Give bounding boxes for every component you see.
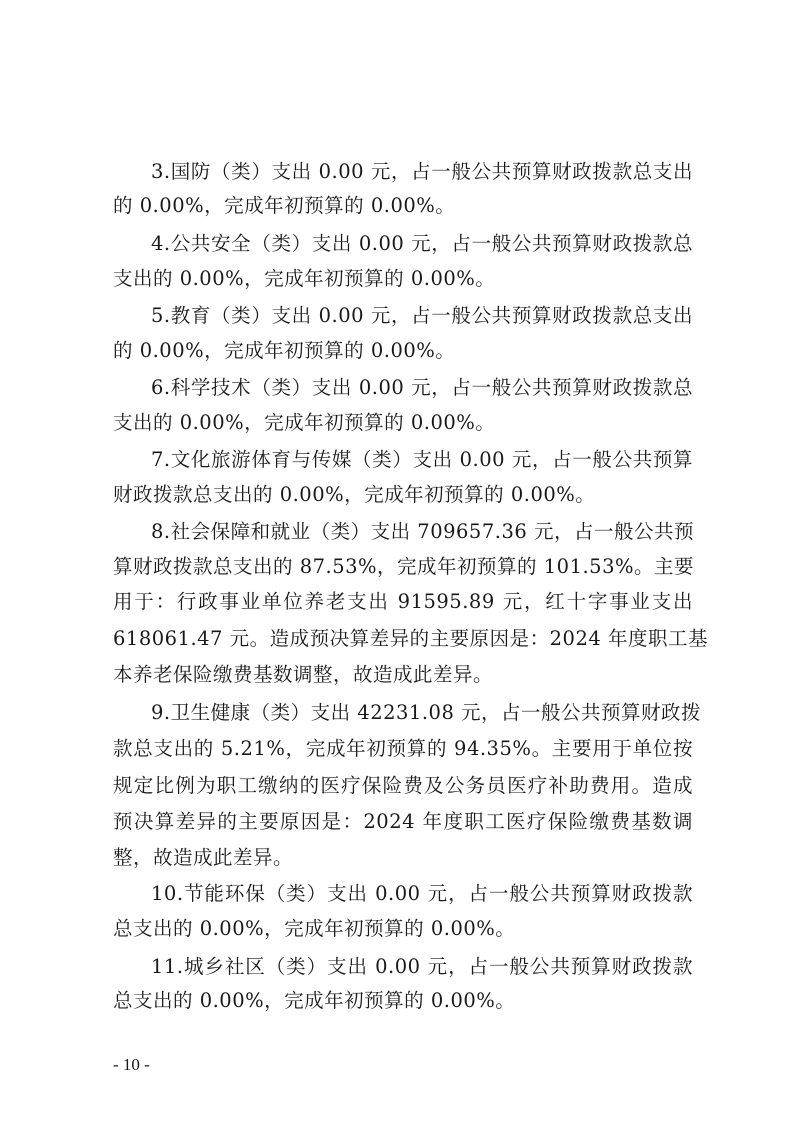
document-page: 3.国防（类）支出 0.00 元，占一般公共预算财政拨款总支出 的 0.00%，…	[0, 0, 793, 1122]
paragraph-line: 总支出的 0.00%，完成年初预算的 0.00%。	[113, 988, 693, 1014]
paragraph-line: 本养老保险缴费基数调整，故造成此差异。	[113, 662, 693, 688]
paragraph-line: 规定比例为职工缴纳的医疗保险费及公务员医疗补助费用。造成	[113, 773, 693, 799]
paragraph-line: 11.城乡社区（类）支出 0.00 元，占一般公共预算财政拨款	[151, 954, 693, 980]
paragraph-line: 4.公共安全（类）支出 0.00 元，占一般公共预算财政拨款总	[151, 231, 693, 257]
paragraph-line: 算财政拨款总支出的 87.53%，完成年初预算的 101.53%。主要	[113, 554, 693, 580]
paragraph-line: 的 0.00%，完成年初预算的 0.00%。	[113, 193, 693, 219]
paragraph-line: 总支出的 0.00%，完成年初预算的 0.00%。	[113, 916, 693, 942]
paragraph-line: 支出的 0.00%，完成年初预算的 0.00%。	[113, 266, 693, 292]
page-number: - 10 -	[113, 1055, 150, 1075]
paragraph-line: 款总支出的 5.21%，完成年初预算的 94.35%。主要用于单位按	[113, 736, 693, 762]
paragraph-line: 用于：行政事业单位养老支出 91595.89 元，红十字事业支出	[113, 589, 693, 615]
paragraph-line: 3.国防（类）支出 0.00 元，占一般公共预算财政拨款总支出	[151, 159, 693, 185]
paragraph-line: 5.教育（类）支出 0.00 元，占一般公共预算财政拨款总支出	[151, 303, 693, 329]
paragraph-line: 8.社会保障和就业（类）支出 709657.36 元，占一般公共预	[151, 519, 693, 545]
paragraph-line: 预决算差异的主要原因是：2024 年度职工医疗保险缴费基数调	[113, 809, 693, 835]
paragraph-line: 7.文化旅游体育与传媒（类）支出 0.00 元，占一般公共预算	[151, 447, 693, 473]
paragraph-line: 10.节能环保（类）支出 0.00 元，占一般公共预算财政拨款	[151, 881, 693, 907]
paragraph-line: 618061.47 元。造成预决算差异的主要原因是：2024 年度职工基	[113, 626, 693, 652]
paragraph-line: 支出的 0.00%，完成年初预算的 0.00%。	[113, 410, 693, 436]
paragraph-line: 9.卫生健康（类）支出 42231.08 元，占一般公共预算财政拨	[151, 700, 693, 726]
paragraph-line: 整，故造成此差异。	[113, 845, 693, 871]
paragraph-line: 财政拨款总支出的 0.00%，完成年初预算的 0.00%。	[113, 482, 693, 508]
paragraph-line: 6.科学技术（类）支出 0.00 元，占一般公共预算财政拨款总	[151, 375, 693, 401]
paragraph-line: 的 0.00%，完成年初预算的 0.00%。	[113, 338, 693, 364]
